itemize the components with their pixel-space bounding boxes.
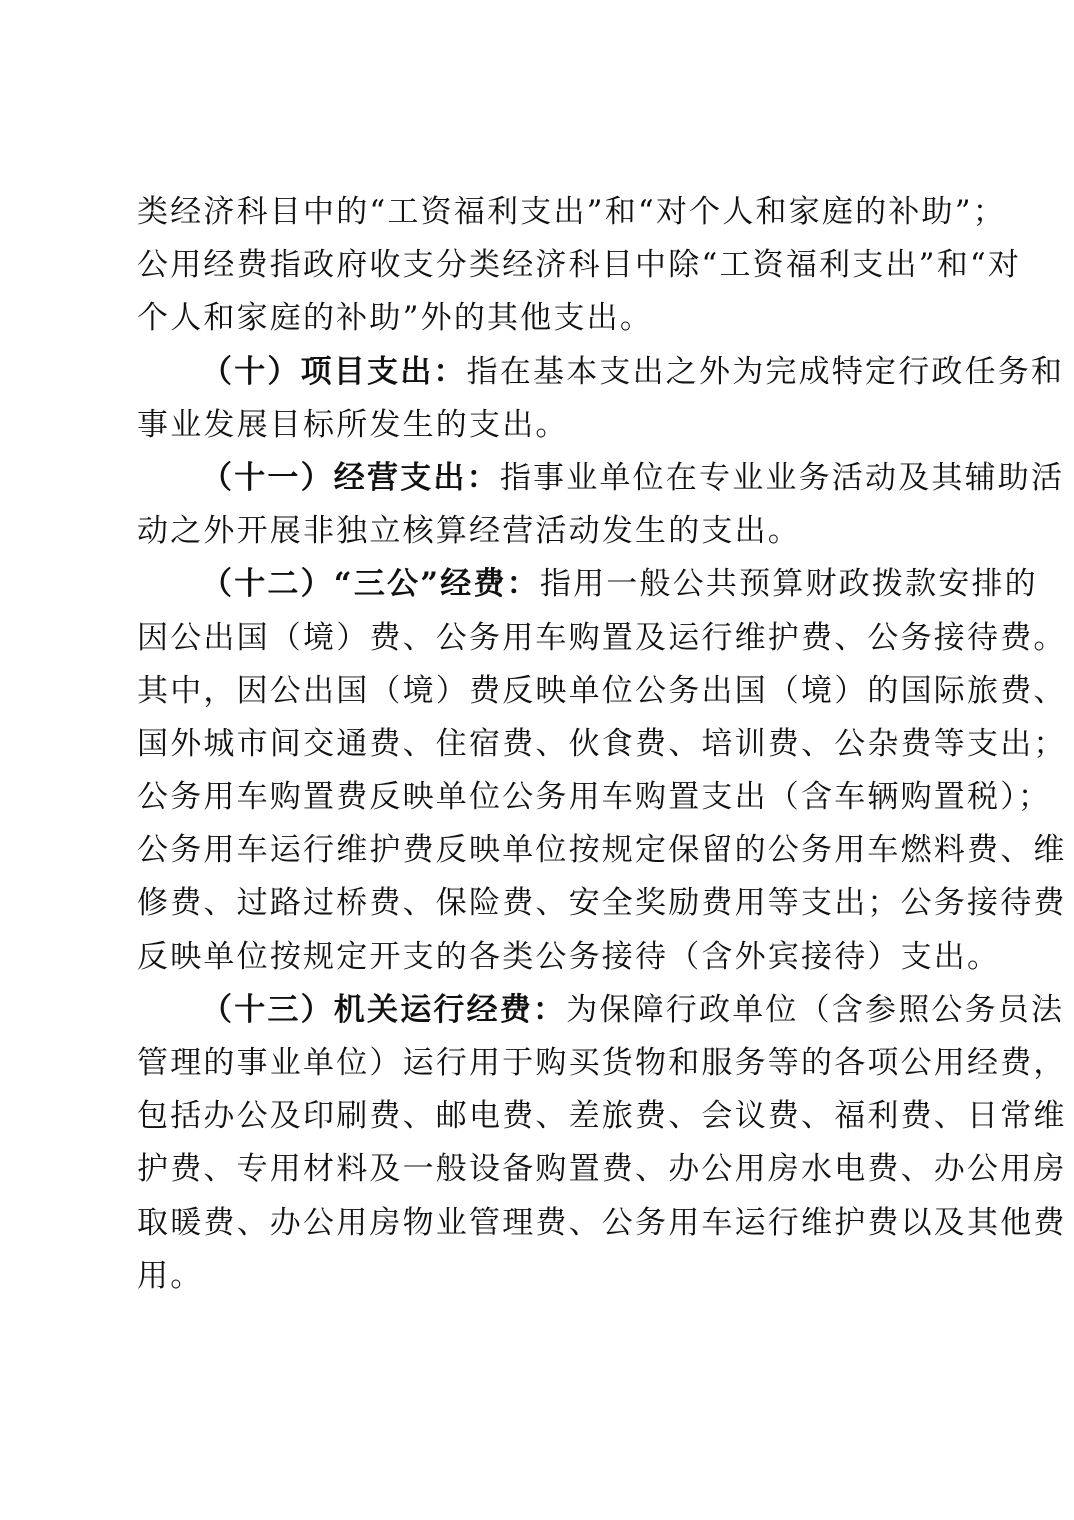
text-line: 修费、过路过桥费、保险费、安全奖励费用等支出；公务接待费 xyxy=(137,877,937,930)
definition-text: 为保障行政单位（含参照公务员法 xyxy=(566,992,1064,1028)
text-line: 用。 xyxy=(137,1250,937,1303)
term-heading: （十一）经营支出： xyxy=(201,460,500,496)
text-line: 公务用车购置费反映单位公务用车购置支出（含车辆购置税）； xyxy=(137,771,937,824)
text-line: 公用经费指政府收支分类经济科目中除“工资福利支出”和“对 xyxy=(137,239,937,292)
paragraph-public-funds-definition: 类经济科目中的“工资福利支出”和“对个人和家庭的补助”； 公用经费指政府收支分类… xyxy=(137,186,937,346)
definition-text: 指用一般公共预算财政拨款安排的 xyxy=(540,566,1038,602)
definition-text: 指在基本支出之外为完成特定行政任务和 xyxy=(467,354,1065,390)
text-line: 管理的事业单位）运行用于购买货物和服务等的各项公用经费， xyxy=(137,1037,937,1090)
term-heading: （十三）机关运行经费： xyxy=(201,992,566,1028)
definition-text: 指事业单位在专业业务活动及其辅助活 xyxy=(500,460,1064,496)
paragraph-three-public-expenses: （十二）“三公”经费：指用一般公共预算财政拨款安排的 因公出国（境）费、公务用车… xyxy=(137,558,937,984)
text-line: 国外城市间交通费、住宿费、伙食费、培训费、公杂费等支出； xyxy=(137,718,937,771)
text-line: 动之外开展非独立核算经营活动发生的支出。 xyxy=(137,505,937,558)
text-line: 取暖费、办公用房物业管理费、公务用车运行维护费以及其他费 xyxy=(137,1197,937,1250)
text-line: （十一）经营支出：指事业单位在专业业务活动及其辅助活 xyxy=(137,452,937,505)
text-line: 事业发展目标所发生的支出。 xyxy=(137,399,937,452)
paragraph-operating-expenditure: （十一）经营支出：指事业单位在专业业务活动及其辅助活 动之外开展非独立核算经营活… xyxy=(137,452,937,558)
term-heading: （十）项目支出： xyxy=(201,354,467,390)
text-line: 护费、专用材料及一般设备购置费、办公用房水电费、办公用房 xyxy=(137,1143,937,1196)
paragraph-agency-operating-funds: （十三）机关运行经费：为保障行政单位（含参照公务员法 管理的事业单位）运行用于购… xyxy=(137,984,937,1303)
text-line: 类经济科目中的“工资福利支出”和“对个人和家庭的补助”； xyxy=(137,186,937,239)
text-line: 其中，因公出国（境）费反映单位公务出国（境）的国际旅费、 xyxy=(137,665,937,718)
paragraph-project-expenditure: （十）项目支出：指在基本支出之外为完成特定行政任务和 事业发展目标所发生的支出。 xyxy=(137,346,937,452)
text-line: 个人和家庭的补助”外的其他支出。 xyxy=(137,292,937,345)
document-page: 类经济科目中的“工资福利支出”和“对个人和家庭的补助”； 公用经费指政府收支分类… xyxy=(137,186,937,1303)
text-line: 反映单位按规定开支的各类公务接待（含外宾接待）支出。 xyxy=(137,931,937,984)
text-line: 因公出国（境）费、公务用车购置及运行维护费、公务接待费。 xyxy=(137,612,937,665)
term-heading: （十二）“三公”经费： xyxy=(201,566,540,602)
text-line: 包括办公及印刷费、邮电费、差旅费、会议费、福利费、日常维 xyxy=(137,1090,937,1143)
text-line: （十）项目支出：指在基本支出之外为完成特定行政任务和 xyxy=(137,346,937,399)
text-line: （十二）“三公”经费：指用一般公共预算财政拨款安排的 xyxy=(137,558,937,611)
text-line: 公务用车运行维护费反映单位按规定保留的公务用车燃料费、维 xyxy=(137,824,937,877)
text-line: （十三）机关运行经费：为保障行政单位（含参照公务员法 xyxy=(137,984,937,1037)
